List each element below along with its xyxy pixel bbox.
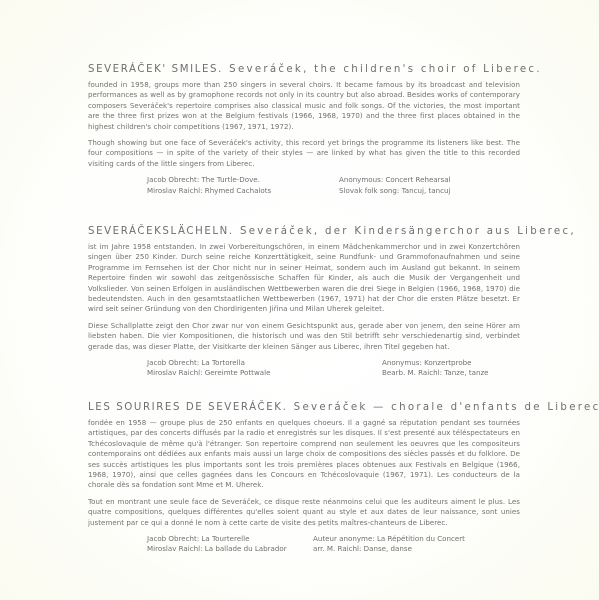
compositions-left: Jacob Obrecht: La Tortorella Miroslav Ra… xyxy=(147,358,270,379)
composition-item: Bearb. M. Raichl: Tanze, tanze xyxy=(382,368,489,378)
compositions-right: Auteur anonyme: La Répétition du Concert… xyxy=(313,534,465,555)
section-heading: LES SOURIRES DE SEVERÁČEK. Severáček — c… xyxy=(88,401,520,414)
compositions-list: Jacob Obrecht: La Tourterelle Miroslav R… xyxy=(88,534,520,558)
composition-item: Jacob Obrecht: The Turtle-Dove. xyxy=(147,175,271,185)
paragraph: fondée en 1958 — groupe plus de 250 enfa… xyxy=(88,418,520,491)
section-english: SEVERÁČEK' SMILES. Severáček, the childr… xyxy=(88,63,520,199)
section-german: SEVERÁČEKSLÄCHELN. Severáček, der Kinder… xyxy=(88,225,520,382)
compositions-right: Anonymus: Konzertprobe Bearb. M. Raichl:… xyxy=(382,358,489,379)
composition-item: Miroslav Raichl: Rhymed Cachalots xyxy=(147,186,271,196)
composition-item: arr. M. Raichl: Danse, danse xyxy=(313,544,465,554)
section-heading: SEVERÁČEK' SMILES. Severáček, the childr… xyxy=(88,63,520,76)
composition-item: Auteur anonyme: La Répétition du Concert xyxy=(313,534,465,544)
paragraph: Diese Schallplatte zeigt den Chor zwar n… xyxy=(88,321,520,352)
paragraph: Tout en montrant une seule face de Sever… xyxy=(88,497,520,528)
heading-title: SEVERÁČEK' SMILES. xyxy=(88,64,223,75)
section-french: LES SOURIRES DE SEVERÁČEK. Severáček — c… xyxy=(88,401,520,558)
paragraph: Though showing but one face of Severáček… xyxy=(88,138,520,169)
compositions-list: Jacob Obrecht: The Turtle-Dove. Miroslav… xyxy=(88,175,520,199)
heading-title: SEVERÁČEKSLÄCHELN. xyxy=(88,226,234,237)
heading-subtitle: Severáček, der Kindersängerchor aus Libe… xyxy=(240,226,576,237)
compositions-left: Jacob Obrecht: La Tourterelle Miroslav R… xyxy=(147,534,287,555)
composition-item: Miroslav Raichl: Gereimte Pottwale xyxy=(147,368,270,378)
composition-item: Slovak folk song: Tancuj, tancuj xyxy=(339,186,451,196)
heading-subtitle: Severáček — chorale d'enfants de Liberec… xyxy=(294,402,599,413)
heading-title: LES SOURIRES DE SEVERÁČEK. xyxy=(88,402,287,413)
composition-item: Anonymus: Konzertprobe xyxy=(382,358,489,368)
compositions-left: Jacob Obrecht: The Turtle-Dove. Miroslav… xyxy=(147,175,271,196)
heading-subtitle: Severáček, the children's choir of Liber… xyxy=(229,64,542,75)
composition-item: Jacob Obrecht: La Tourterelle xyxy=(147,534,287,544)
composition-item: Jacob Obrecht: La Tortorella xyxy=(147,358,270,368)
compositions-right: Anonymous: Concert Rehearsal Slovak folk… xyxy=(339,175,451,196)
paragraph: ist im Jahre 1958 entstanden. In zwei Vo… xyxy=(88,242,520,315)
paragraph: founded in 1958, groups more than 250 si… xyxy=(88,80,520,132)
composition-item: Anonymous: Concert Rehearsal xyxy=(339,175,451,185)
section-heading: SEVERÁČEKSLÄCHELN. Severáček, der Kinder… xyxy=(88,225,520,238)
composition-item: Miroslav Raichl: La ballade du Labrador xyxy=(147,544,287,554)
compositions-list: Jacob Obrecht: La Tortorella Miroslav Ra… xyxy=(88,358,520,382)
